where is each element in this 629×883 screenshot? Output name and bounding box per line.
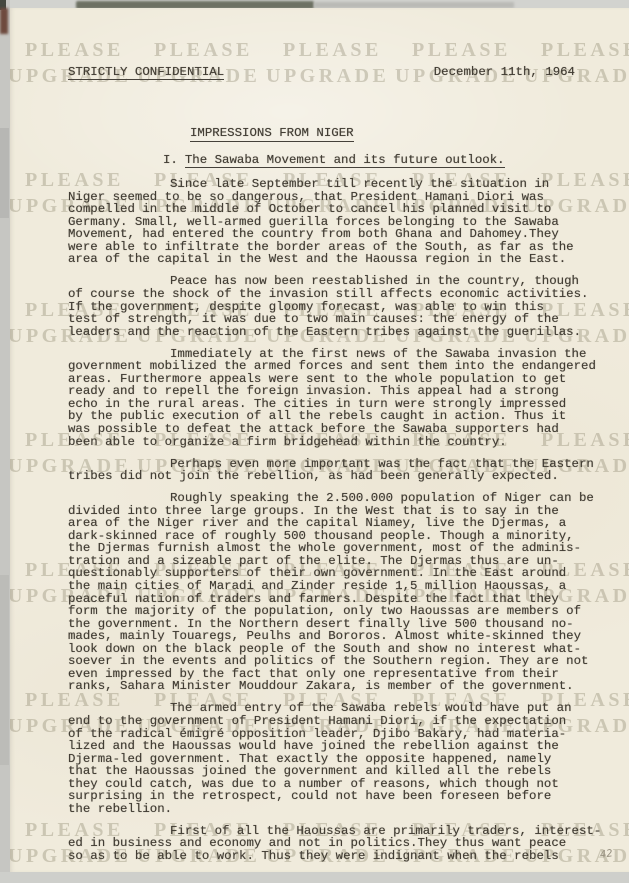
paragraphs: Since late September till recently the s… [68, 178, 605, 862]
scan-left-shadow-lower [0, 575, 9, 765]
document-header: STRICTLY CONFIDENTIAL December 11th, 196… [68, 66, 605, 80]
section-heading-text: The Sawaba Movement and its future outlo… [185, 153, 505, 169]
scan-left-shadow-upper [0, 128, 9, 218]
paragraph: Perhaps even more important was the fact… [68, 458, 605, 483]
paragraph: First of all the Haoussas are primarily … [68, 825, 605, 863]
classification-stamp: STRICTLY CONFIDENTIAL [68, 66, 224, 80]
scanned-document-page: { "watermark": { "word_top": "PLEASE", "… [0, 0, 629, 883]
paper-sheet: PLEASEPLEASEPLEASEPLEASEPLEASEUPGRADEUPG… [10, 8, 629, 872]
paragraph: Roughly speaking the 2.500.000 populatio… [68, 492, 605, 693]
document-date: December 11th, 1964 [434, 66, 575, 79]
scan-bottom-edge [0, 872, 629, 883]
paragraph: The armed entry of the Sawaba rebels wou… [68, 702, 605, 815]
paragraph: Peace has now been reestablished in the … [68, 275, 605, 338]
document-content: STRICTLY CONFIDENTIAL December 11th, 196… [10, 8, 629, 872]
section-numeral: I. [163, 153, 178, 167]
section-heading: I.The Sawaba Movement and its future out… [163, 154, 605, 167]
paragraph: Immediately at the first news of the Saw… [68, 348, 605, 448]
paragraph: Since late September till recently the s… [68, 178, 605, 266]
page-number: 42 [600, 848, 614, 861]
document-title: IMPRESSIONS FROM NIGER [190, 127, 605, 140]
scan-left-red-mark [0, 8, 8, 34]
